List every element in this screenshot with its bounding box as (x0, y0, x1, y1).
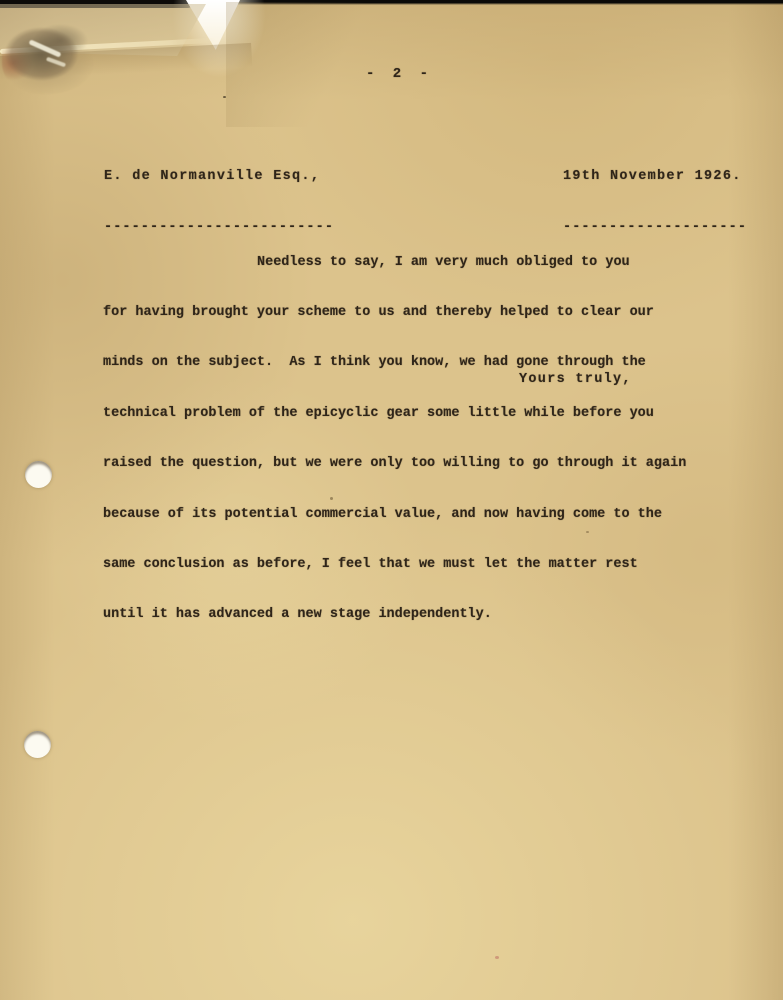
body-line: for having brought your scheme to us and… (103, 305, 686, 322)
corner-stain (2, 20, 96, 94)
tape-glint (46, 57, 66, 68)
letter-body: Needless to say, I am very much obliged … (103, 221, 686, 658)
letter-date: 19th November 1926. (563, 168, 747, 185)
tape-glint (28, 39, 61, 57)
corner-shading (226, 2, 426, 127)
scanned-letter-page: - 2 - E. de Normanville Esq., ----------… (0, 0, 783, 1000)
paper-speck (223, 96, 226, 98)
punch-hole-top (25, 461, 52, 488)
body-line: raised the question, but we were only to… (103, 456, 686, 473)
body-line: same conclusion as before, I feel that w… (103, 557, 686, 574)
punch-hole-bottom (24, 731, 51, 758)
body-line: because of its potential commercial valu… (103, 507, 686, 524)
closing-salutation: Yours truly, (519, 372, 632, 387)
body-line: until it has advanced a new stage indepe… (103, 607, 686, 624)
body-line: minds on the subject. As I think you kno… (103, 355, 686, 372)
page-number: - 2 - (366, 66, 433, 82)
recipient-name: E. de Normanville Esq., (104, 168, 334, 185)
paper-speck (495, 956, 499, 959)
body-line: Needless to say, I am very much obliged … (103, 255, 686, 272)
body-line: technical problem of the epicyclic gear … (103, 406, 686, 423)
